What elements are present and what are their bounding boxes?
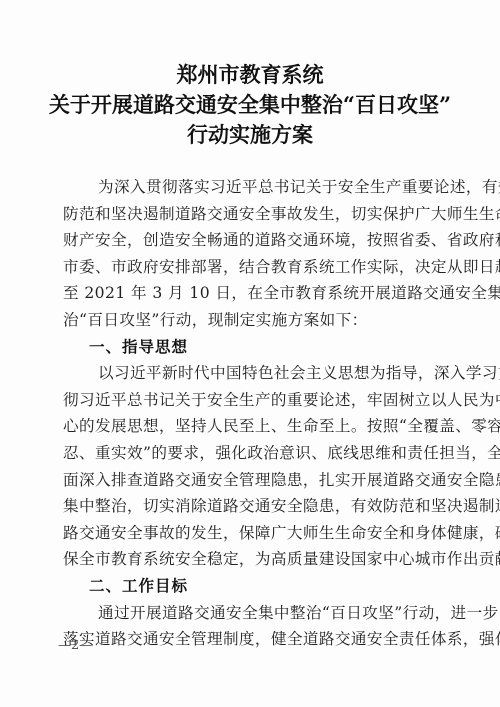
paragraph-line: 面深入排查道路交通安全管理隐患，扎实开展道路交通安全隐患 — [63, 467, 439, 494]
document-body: 为深入贯彻落实习近平总书记关于安全生产重要论述，有效 防范和坚决遏制道路交通安全… — [63, 174, 439, 653]
section-heading: 一、指导思想 — [63, 334, 439, 361]
paragraph-line: 治“百日攻坚”行动，现制定实施方案如下： — [63, 307, 439, 334]
paragraph-line: 至 2021 年 3 月 10 日，在全市教育系统开展道路交通安全集中整 — [63, 280, 439, 307]
title-line-2: 关于开展道路交通安全集中整治“百日攻坚” — [0, 90, 500, 120]
title-line-3: 行动实施方案 — [0, 120, 500, 150]
paragraph-line: 为深入贯彻落实习近平总书记关于安全生产重要论述，有效 — [63, 174, 439, 201]
paragraph-line: 忍、重实效”的要求，强化政治意识、底线思维和责任担当，全 — [63, 440, 439, 467]
title-line-1: 郑州市教育系统 — [0, 60, 500, 90]
intro-paragraph: 为深入贯彻落实习近平总书记关于安全生产重要论述，有效 防范和坚决遏制道路交通安全… — [63, 174, 439, 334]
paragraph-line: 彻习近平总书记关于安全生产的重要论述，牢固树立以人民为中 — [63, 387, 439, 414]
page-number: —2— — [58, 638, 92, 653]
section-work-goals: 二、工作目标 通过开展道路交通安全集中整治“百日攻坚”行动，进一步 落实道路交通… — [63, 573, 439, 653]
paragraph-line: 路交通安全事故的发生，保障广大师生生命安全和身体健康，确 — [63, 520, 439, 547]
paragraph-line: 以习近平新时代中国特色社会主义思想为指导，深入学习贯 — [63, 360, 439, 387]
paragraph-line: 集中整治，切实消除道路交通安全隐患，有效防范和坚决遏制道 — [63, 493, 439, 520]
paragraph-line: 财产安全，创造安全畅通的道路交通环境，按照省委、省政府和 — [63, 227, 439, 254]
paragraph-line: 防范和坚决遏制道路交通安全事故发生，切实保护广大师生生命 — [63, 201, 439, 228]
section-guiding-thought: 一、指导思想 以习近平新时代中国特色社会主义思想为指导，深入学习贯 彻习近平总书… — [63, 334, 439, 573]
document-title: 郑州市教育系统 关于开展道路交通安全集中整治“百日攻坚” 行动实施方案 — [0, 60, 500, 150]
document-page: 郑州市教育系统 关于开展道路交通安全集中整治“百日攻坚” 行动实施方案 为深入贯… — [0, 0, 500, 707]
paragraph-line: 通过开展道路交通安全集中整治“百日攻坚”行动，进一步 — [63, 600, 439, 627]
paragraph-line: 保全市教育系统安全稳定，为高质量建设国家中心城市作出贡献。 — [63, 546, 439, 573]
paragraph-line: 落实道路交通安全管理制度，健全道路交通安全责任体系，强化 — [63, 626, 439, 653]
paragraph-line: 市委、市政府安排部署，结合教育系统工作实际，决定从即日起 — [63, 254, 439, 281]
section-heading: 二、工作目标 — [63, 573, 439, 600]
paragraph-line: 心的发展思想，坚持人民至上、生命至上。按照“全覆盖、零容 — [63, 413, 439, 440]
